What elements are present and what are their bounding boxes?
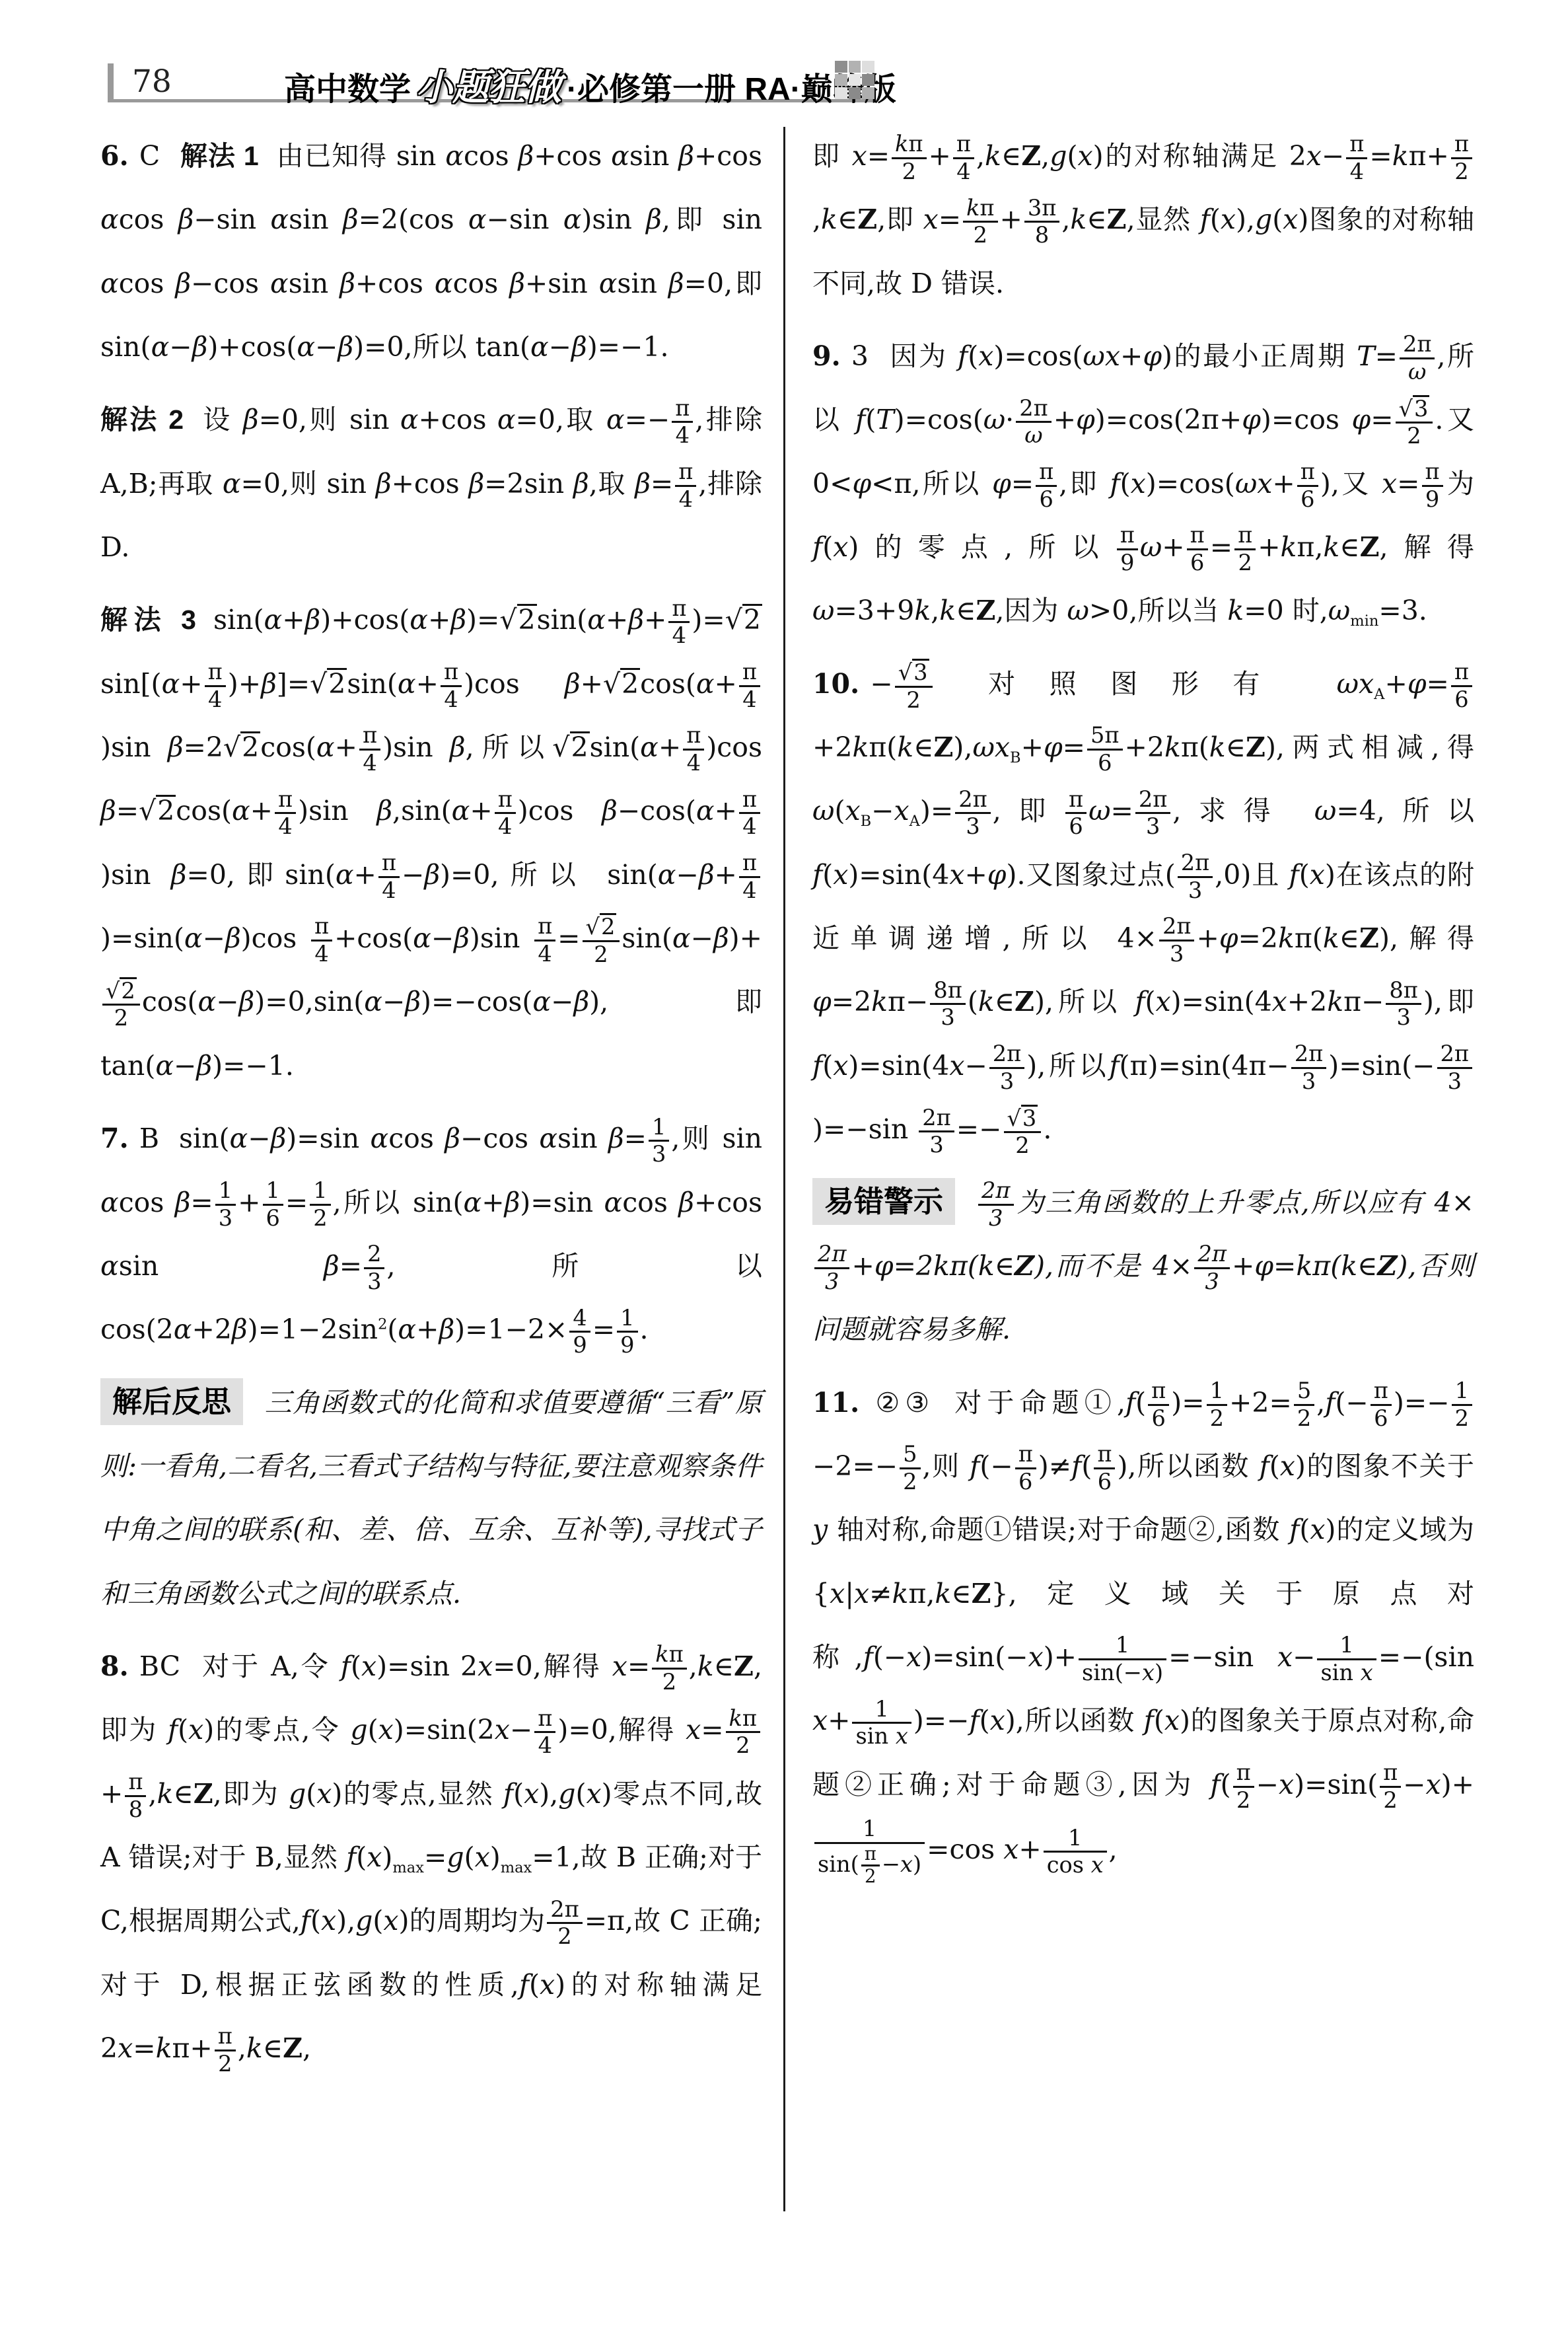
left-column: 6.C解法 1由已知得 sin αcos β+cos αsin β+cos αc…	[100, 124, 762, 2089]
error-warning-note: 易错警示2π3为三角函数的上升零点,所以应有 4×2π3+φ=2kπ(k∈Z),…	[812, 1171, 1474, 1362]
problem-number: 11.	[812, 1387, 859, 1419]
solution-8: 8.BC对于 A,令 f(x)=sin 2x=0,解得 x=kπ2,k∈Z,即为…	[100, 1635, 762, 2080]
column-divider	[783, 127, 785, 2211]
solution-text: sin(α−β)=sin αcos β−cos αsin β=13,则 sin …	[100, 1123, 762, 1345]
solution-text: 即 x=kπ2+π4,k∈Z,g(x)的对称轴满足 2x−π4=kπ+π2,k∈…	[812, 140, 1474, 299]
problem-number: 6.	[100, 140, 129, 172]
solution-11: 11.②③对于命题①,f(π6)=12+2=52,f(−π6)=−12−2=−5…	[812, 1371, 1474, 1888]
method-label: 解法 3	[100, 605, 196, 635]
header-accent-bar	[108, 63, 114, 102]
problem-number: 10.	[812, 668, 859, 700]
checkered-grid-icon	[835, 61, 874, 99]
solution-7: 7.Bsin(α−β)=sin αcos β−cos αsin β=13,则 s…	[100, 1107, 762, 1361]
solution-6-method-2: 解法 2设 β=0,则 sin α+cos α=0,取 α=−π4,排除 A,B…	[100, 388, 762, 579]
error-warning-badge: 易错警示	[812, 1178, 955, 1226]
answer: 3	[851, 340, 869, 372]
reflection-badge: 解后反思	[100, 1378, 243, 1426]
solution-text: 对于 A,令 f(x)=sin 2x=0,解得 x=kπ2,k∈Z,即为 f(x…	[100, 1650, 762, 2064]
right-column: 即 x=kπ2+π4,k∈Z,g(x)的对称轴满足 2x−π4=kπ+π2,k∈…	[812, 124, 1474, 1897]
solution-6: 6.C解法 1由已知得 sin αcos β+cos αsin β+cos αc…	[100, 124, 762, 379]
reflection-note: 解后反思三角函数式的化简和求值要遵循“三看”原则:一看角,二看名,三看式子结构与…	[100, 1371, 762, 1625]
solution-9: 9.3因为 f(x)=cos(ωx+φ)的最小正周期 T=2πω,所以 f(T)…	[812, 324, 1474, 643]
solution-8-continued: 即 x=kπ2+π4,k∈Z,g(x)的对称轴满足 2x−π4=kπ+π2,k∈…	[812, 124, 1474, 315]
series-logo: 小题狂做	[416, 58, 561, 110]
solution-text: sin(α+β)+cos(α+β)=√2sin(α+β+π4)=√2sin[(α…	[100, 604, 762, 1081]
method-label: 解法 1	[180, 141, 259, 171]
page-title: 高中数学小题狂做·必修第一册 RA·巅峰版	[284, 58, 896, 110]
solution-text: 因为 f(x)=cos(ωx+φ)的最小正周期 T=2πω,所以 f(T)=co…	[812, 340, 1474, 626]
page: { "header": { "page_number": "78", "titl…	[0, 0, 1568, 2325]
solution-text: 对于命题①,f(π6)=12+2=52,f(−π6)=−12−2=−52,则 f…	[812, 1387, 1474, 1866]
method-label: 解法 2	[100, 404, 184, 435]
problem-number: 9.	[812, 340, 841, 372]
answer: ②③	[870, 1387, 935, 1419]
answer: BC	[139, 1650, 180, 1682]
answer: −√32	[870, 668, 934, 700]
problem-number: 7.	[100, 1123, 129, 1154]
answer: C	[139, 140, 160, 172]
solution-6-method-3: 解法 3sin(α+β)+cos(α+β)=√2sin(α+β+π4)=√2si…	[100, 588, 762, 1097]
page-number: 78	[132, 63, 172, 100]
solution-10: 10.−√32对照图形有 ωxA+φ=π6+2kπ(k∈Z),ωxB+φ=5π6…	[812, 652, 1474, 1162]
answer: B	[139, 1123, 159, 1154]
solution-text: 对照图形有 ωxA+φ=π6+2kπ(k∈Z),ωxB+φ=5π6+2kπ(k∈…	[812, 668, 1474, 1145]
problem-number: 8.	[100, 1650, 129, 1682]
solution-text: 由已知得 sin αcos β+cos αsin β+cos αcos β−si…	[100, 140, 762, 363]
title-prefix: 高中数学	[284, 72, 411, 107]
solution-text: 设 β=0,则 sin α+cos α=0,取 α=−π4,排除 A,B;再取 …	[100, 404, 762, 563]
